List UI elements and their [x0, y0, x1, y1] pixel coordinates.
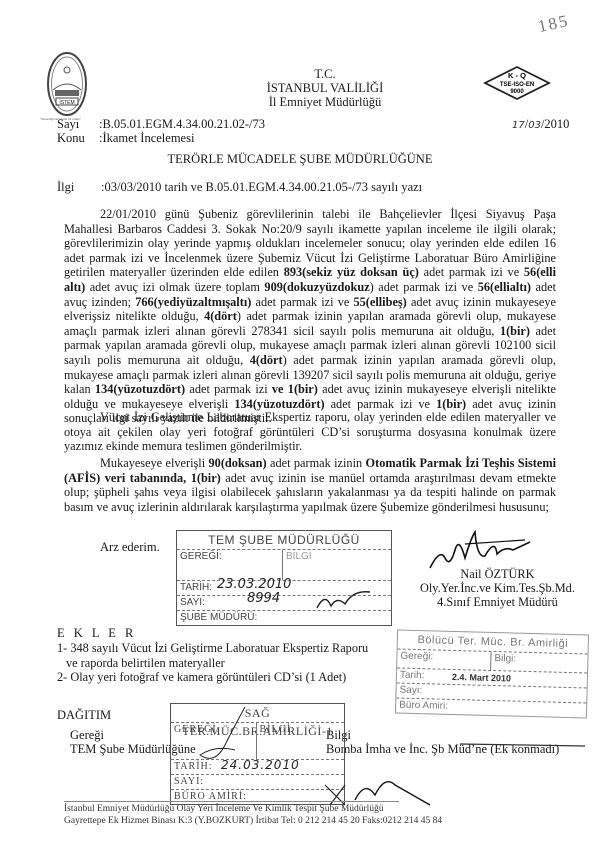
sayi-value: :B.05.01.EGM.4.34.00.21.02-/73 [99, 117, 265, 131]
footer: İstanbul Emniyet Müdürlüğü Olay Yeri İnc… [64, 803, 442, 827]
country: T.C. [200, 67, 450, 81]
body-paragraph-3: Mukayeseye elverişli 90(doksan) adet par… [64, 456, 556, 514]
governorship: İSTANBUL VALİLİĞİ [200, 81, 450, 95]
ekler-item: 2- Olay yeri fotoğraf ve kamera görüntül… [57, 670, 368, 685]
ilgi-row: İlgi:03/03/2010 tarih ve B.05.01.EGM.4.3… [57, 180, 422, 195]
stamp-gerei-label: GEREĞİ: [180, 550, 282, 580]
tse-quality-badge-icon: K - Q TSE-ISO-EN 9000 [484, 66, 550, 100]
ekler-item: ve raporda belirtilen materyaller [57, 656, 368, 671]
body-text: Vücut İzi Geliştirme Laboratuar Eksperti… [64, 410, 556, 453]
signature-icon [425, 528, 535, 572]
svg-text:K - Q: K - Q [508, 71, 526, 80]
svg-text:TSE-ISO-EN: TSE-ISO-EN [500, 82, 534, 88]
konu-label: Konu [57, 131, 99, 146]
tem-sube-stamp: TEM ŞUBE MÜDÜRLÜĞÜ GEREĞİ: BİLGİ TARİH: … [176, 530, 392, 626]
sayi-row: Sayı:B.05.01.EGM.4.34.00.21.02-/73 [57, 117, 265, 132]
body-text: adet parmak izi ve [251, 295, 353, 309]
initials-scribble-icon [315, 588, 375, 610]
stamp-bilgi-label: BİLGİ [282, 550, 388, 580]
svg-text:İSTEM: İSTEM [59, 99, 74, 106]
body-text: ) adet parmak izi ve [370, 280, 478, 294]
routing-scribble-icon [195, 705, 435, 805]
signatory-name: Nail ÖZTÜRK [420, 567, 575, 581]
emphasis-text: 4(dört [250, 353, 283, 367]
ilgi-label: İlgi [57, 180, 101, 195]
signature-block: Nail ÖZTÜRK Oly.Yer.İnc.ve Kim.Tes.Şb.Md… [420, 567, 575, 609]
emphasis-text: 909(dokuzyüzdokuz [264, 280, 369, 294]
stamp-tarih-handwritten: 23.03.2010 [217, 578, 291, 592]
emphasis-text: 766(yediyüzaltmışaltı) [135, 295, 251, 309]
dagitim-title: DAĞITIM [57, 708, 111, 723]
date-month: 03 [528, 120, 541, 131]
svg-text:9000: 9000 [510, 89, 524, 95]
addressee: TERÖRLE MÜCADELE ŞUBE MÜDÜRLÜĞÜNE [0, 152, 600, 167]
stamp-gerei-label: Gereği: [400, 650, 490, 670]
stamp-title: TEM ŞUBE MÜDÜRLÜĞÜ [177, 531, 391, 549]
signatory-rank: 4.Sınıf Emniyet Müdürü [420, 595, 575, 609]
body-text: adet parmak izi ve [325, 397, 437, 411]
emphasis-text: 134(yüzotuzdört) [234, 397, 324, 411]
emphasis-text: 4(dört [204, 309, 237, 323]
footer-line-2: Gayrettepe Ek Hizmet Binası K:3 (Y.BOZKU… [64, 815, 442, 827]
stamp-sayi-handwritten: 8994 [247, 592, 280, 606]
letterhead: T.C. İSTANBUL VALİLİĞİ İl Emniyet Müdürl… [200, 67, 450, 109]
signatory-title: Oly.Yer.İnc.ve Kim.Tes.Şb.Md. [420, 581, 575, 595]
emphasis-text: 1(bir) [500, 324, 530, 338]
stamp-tarih-value: 2.4. Mart 2010 [452, 670, 511, 686]
body-text: adet parmak izi [185, 382, 272, 396]
date-year: /2010 [541, 117, 569, 131]
closing: Arz ederim. [100, 540, 160, 555]
konu-row: Konu:İkamet İncelemesi [57, 131, 194, 146]
emphasis-text: 56(ellialtı) [478, 280, 531, 294]
directorate: İl Emniyet Müdürlüğü [200, 95, 450, 109]
ekler-title: E K L E R [57, 626, 136, 641]
date-day: 17 [512, 120, 525, 131]
sayi-label: Sayı [57, 117, 99, 132]
ekler-list: 1- 348 sayılı Vücut İzi Geliştirme Labor… [57, 641, 368, 685]
body-text: adet parmak izinin [267, 456, 366, 470]
body-text: adet avuç izi olmak üzere toplam [85, 280, 264, 294]
footer-divider [64, 801, 399, 802]
konu-value: :İkamet İncelemesi [99, 131, 194, 145]
emphasis-text: ve 1(bir) [272, 382, 318, 396]
emphasis-text: 55(ellibeş) [354, 295, 407, 309]
body-text: adet parmak izi ve [419, 265, 524, 279]
stamp-routing-row: GEREĞİ: BİLGİ [177, 549, 391, 580]
ilgi-value: :03/03/2010 tarih ve B.05.01.EGM.4.34.00… [101, 180, 422, 194]
emphasis-text: 1(bir) [436, 397, 466, 411]
body-paragraph-2: Vücut İzi Geliştirme Laboratuar Eksperti… [64, 410, 556, 454]
body-text: Mukayeseye elverişli [100, 456, 209, 470]
body-paragraph-1: 22/01/2010 günü Şubeniz görevlilerinin t… [64, 207, 556, 426]
stamp-mudur-row: ŞUBE MÜDÜRÜ: [177, 610, 391, 625]
emphasis-text: 90(doksan) [209, 456, 267, 470]
emphasis-text: 893(sekiz yüz doksan üç) [284, 265, 419, 279]
ekler-item: 1- 348 sayılı Vücut İzi Geliştirme Labor… [57, 641, 368, 656]
footer-line-1: İstanbul Emniyet Müdürlüğü Olay Yeri İnc… [64, 803, 442, 815]
document-date: 17/03/2010 [512, 117, 569, 132]
istem-emblem-icon: İSTEM [47, 52, 87, 116]
emphasis-text: 134(yüzotuzdört) [95, 382, 185, 396]
page-number: 185 [536, 11, 571, 37]
